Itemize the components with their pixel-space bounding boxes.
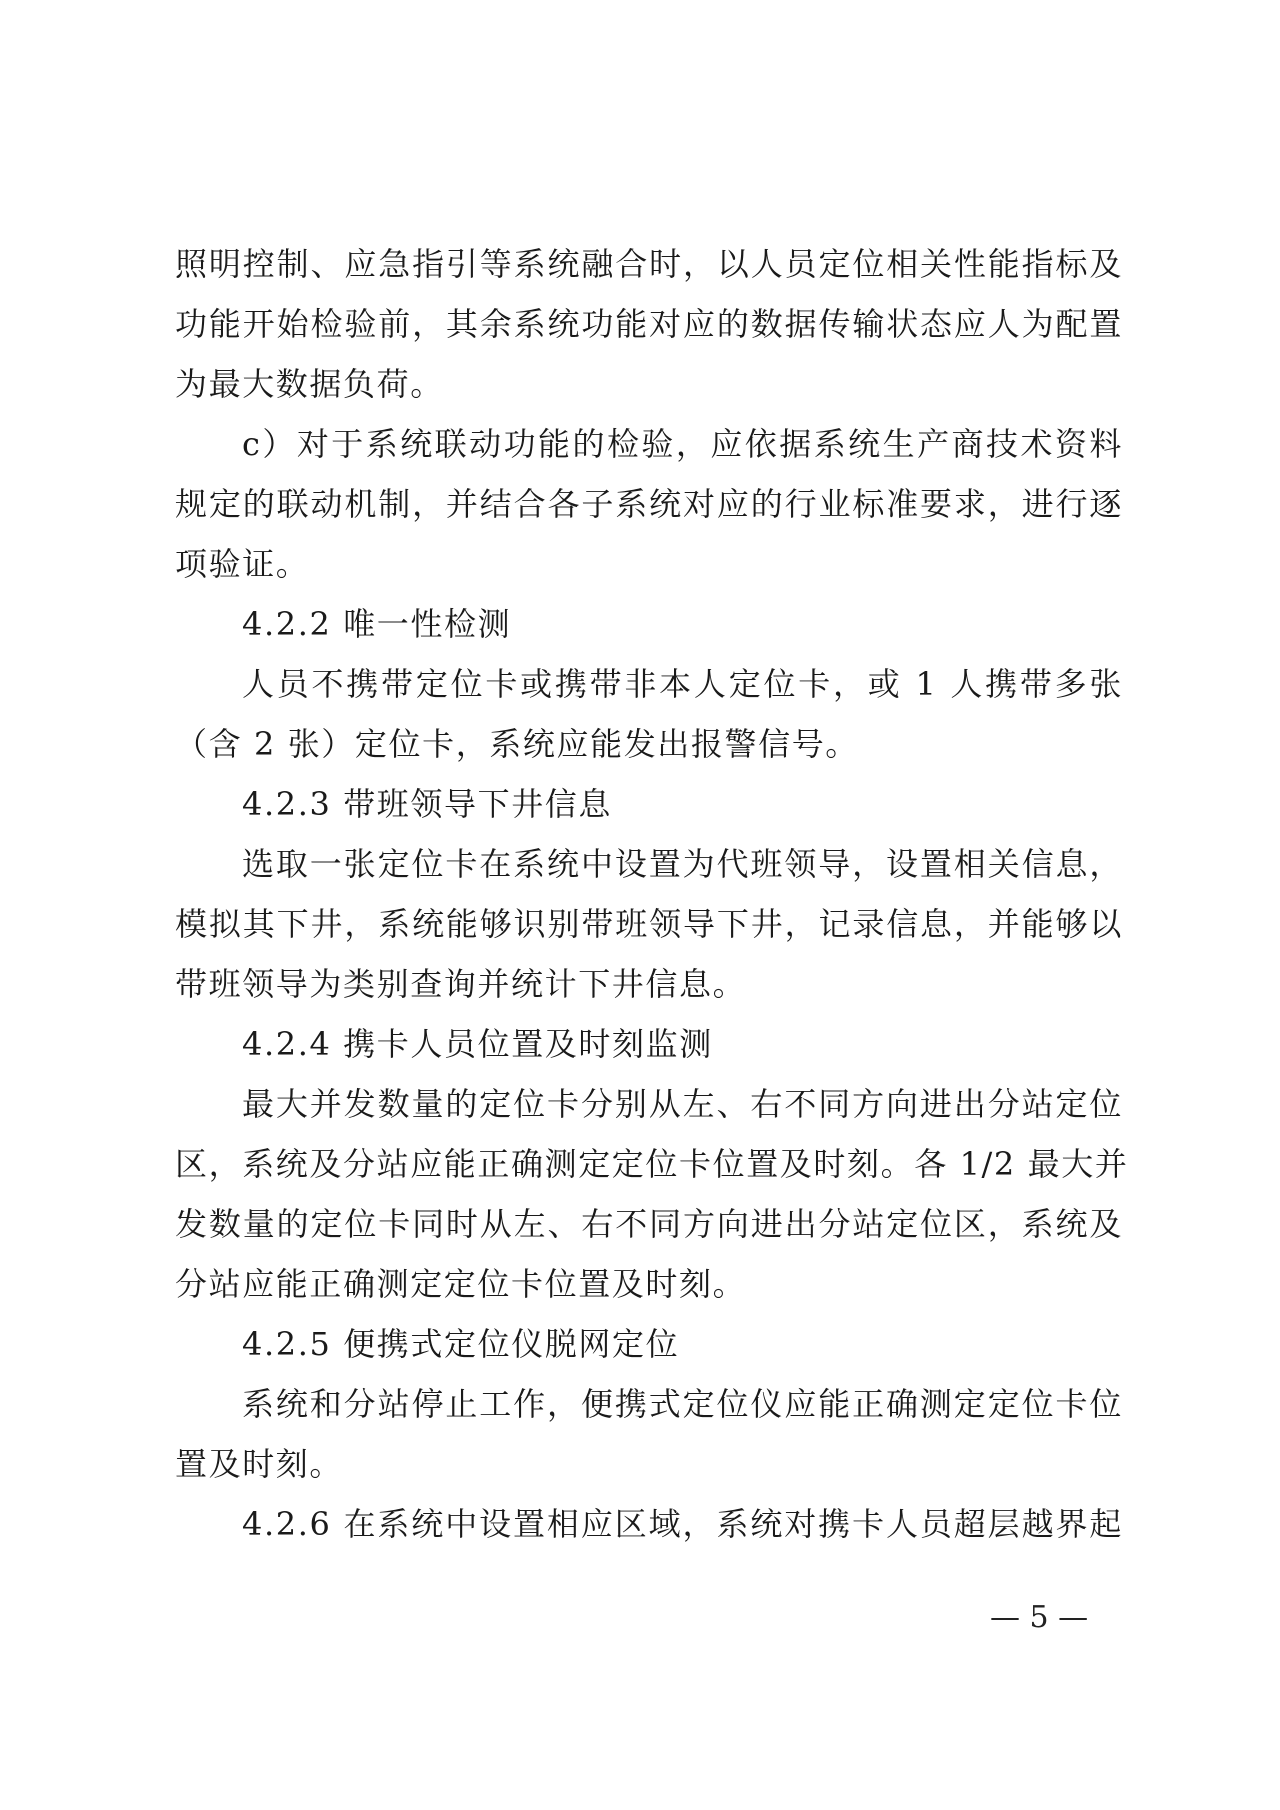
text-line: 模拟其下井，系统能够识别带班领导下井，记录信息，并能够以 xyxy=(175,894,1123,954)
text-line: 发数量的定位卡同时从左、右不同方向进出分站定位区，系统及 xyxy=(175,1194,1123,1254)
text-line: 照明控制、应急指引等系统融合时，以人员定位相关性能指标及 xyxy=(175,234,1123,294)
section-heading-4-2-5: 4.2.5 便携式定位仪脱网定位 xyxy=(175,1314,1123,1374)
body-text: 照明控制、应急指引等系统融合时，以人员定位相关性能指标及 功能开始检验前，其余系… xyxy=(175,234,1123,1554)
text-line: （含 2 张）定位卡，系统应能发出报警信号。 xyxy=(175,714,1123,774)
text-line: 区，系统及分站应能正确测定定位卡位置及时刻。各 1/2 最大并 xyxy=(175,1134,1123,1194)
section-heading-4-2-4: 4.2.4 携卡人员位置及时刻监测 xyxy=(175,1014,1123,1074)
text-line: 规定的联动机制，并结合各子系统对应的行业标准要求，进行逐 xyxy=(175,474,1123,534)
text-line: 人员不携带定位卡或携带非本人定位卡，或 1 人携带多张 xyxy=(175,654,1123,714)
section-heading-4-2-2: 4.2.2 唯一性检测 xyxy=(175,594,1123,654)
text-line: 系统和分站停止工作，便携式定位仪应能正确测定定位卡位 xyxy=(175,1374,1123,1434)
text-line: 分站应能正确测定定位卡位置及时刻。 xyxy=(175,1254,1123,1314)
text-line: 为最大数据负荷。 xyxy=(175,354,1123,414)
text-line: 功能开始检验前，其余系统功能对应的数据传输状态应人为配置 xyxy=(175,294,1123,354)
section-heading-4-2-6: 4.2.6 在系统中设置相应区域，系统对携卡人员超层越界起 xyxy=(175,1494,1123,1554)
document-page: 照明控制、应急指引等系统融合时，以人员定位相关性能指标及 功能开始检验前，其余系… xyxy=(0,0,1280,1810)
text-line: 带班领导为类别查询并统计下井信息。 xyxy=(175,954,1123,1014)
page-number: — 5 — xyxy=(990,1598,1088,1638)
text-line: 最大并发数量的定位卡分别从左、右不同方向进出分站定位 xyxy=(175,1074,1123,1134)
section-heading-4-2-3: 4.2.3 带班领导下井信息 xyxy=(175,774,1123,834)
text-line: 选取一张定位卡在系统中设置为代班领导，设置相关信息， xyxy=(175,834,1123,894)
text-line: 项验证。 xyxy=(175,534,1123,594)
text-line: 置及时刻。 xyxy=(175,1434,1123,1494)
list-item-c: c）对于系统联动功能的检验，应依据系统生产商技术资料 xyxy=(175,414,1123,474)
